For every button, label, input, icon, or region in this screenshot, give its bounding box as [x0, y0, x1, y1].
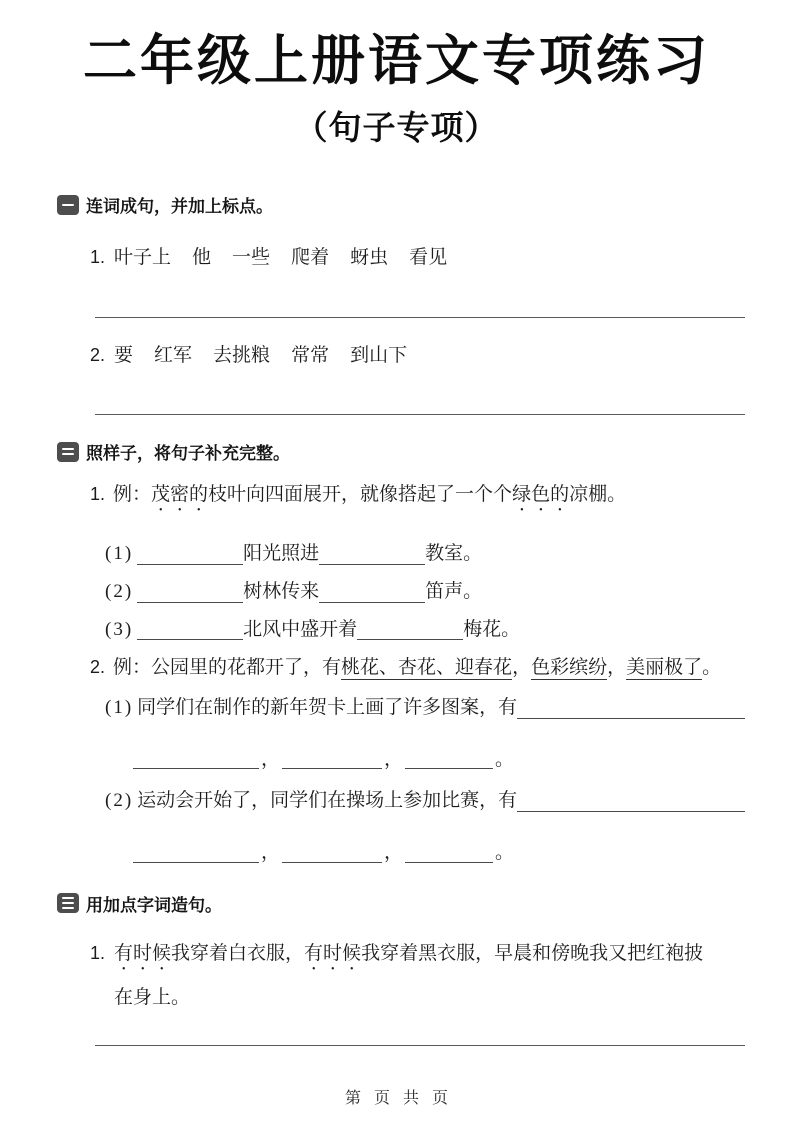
section3-number-icon: [57, 893, 79, 913]
fill-item-2-2-2: (2) 运动会开始了，同学们在操场上参加比赛，有: [105, 788, 745, 815]
question-number: 1.: [90, 246, 105, 269]
fill-text: 北风中盛开着: [243, 617, 357, 644]
underlined-phrase: 美丽极了: [626, 657, 702, 680]
word-token: 到山下: [350, 344, 407, 369]
example-sentence: 例：公园里的花都开了，有桃花、杏花、迎春花，色彩缤纷，美丽极了。: [113, 656, 721, 681]
page-footer: 第 页 共 页: [0, 1085, 793, 1108]
question-1-1: 1. 叶子上 他 一些 爬着 蚜虫 看见: [90, 246, 745, 271]
fill-blank: [405, 754, 493, 769]
fill-blank: [319, 588, 425, 603]
fill-text: 笛声。: [425, 579, 482, 606]
fill-item-2-2-1: (1) 同学们在制作的新年贺卡上画了许多图案，有: [105, 695, 745, 722]
word-token: 爬着: [291, 246, 329, 271]
fill-blank: [137, 588, 243, 603]
fill-text: 教室。: [425, 541, 482, 568]
fill-text: 梅花。: [463, 617, 520, 644]
word-token: 红军: [154, 344, 192, 369]
section1-heading-text: 连词成句，并加上标点。: [86, 192, 273, 217]
punctuation: 。: [702, 657, 721, 678]
fill-blank: [133, 754, 259, 769]
dotted-phrase: 有时候: [114, 943, 171, 964]
dotted-phrase: 茂密的: [151, 484, 208, 505]
word-token: 蚜虫: [350, 246, 388, 271]
punctuation: ，: [607, 657, 626, 678]
word-token: 要: [114, 344, 133, 369]
section3-heading: 用加点字词造句。: [57, 891, 745, 916]
fill-blank: [137, 550, 243, 565]
fill-blank: [405, 848, 493, 863]
fill-item-2-1-1: (1) 阳光照进 教室。: [105, 541, 745, 568]
word-token: 叶子上: [114, 246, 171, 271]
fill-text: 树林传来: [243, 579, 319, 606]
question-number: 2.: [90, 656, 105, 679]
fill-item-2-1-3: (3) 北风中盛开着 梅花。: [105, 617, 745, 644]
question-text: 我穿着白衣服，: [171, 943, 304, 964]
fill-blank: [319, 550, 425, 565]
sub-number: (1): [105, 541, 133, 568]
question-3-1: 1. 有时候我穿着白衣服，有时候我穿着黑衣服，早晨和傍晚我又把红袍披在身上。: [90, 932, 745, 1021]
sub-number: (2): [105, 788, 133, 815]
fill-blank: [282, 754, 382, 769]
word-token: 常常: [291, 344, 329, 369]
worksheet-page: 二年级上册语文专项练习 （句子专项） 连词成句，并加上标点。 1. 叶子上 他 …: [0, 0, 793, 1122]
punctuation: ，: [384, 748, 403, 773]
example-text: 枝叶向四面展开，就像搭起了一个个: [208, 484, 512, 505]
worksheet-content: 连词成句，并加上标点。 1. 叶子上 他 一些 爬着 蚜虫 看见 2. 要 红军…: [0, 192, 793, 1046]
punctuation: ，: [512, 657, 531, 678]
fill-blank: [137, 625, 243, 640]
example-text: 公园里的花都开了，有: [151, 657, 341, 678]
sub-number: (2): [105, 579, 133, 606]
word-token: 一些: [232, 246, 270, 271]
punctuation: ，: [261, 841, 280, 866]
word-token: 他: [192, 246, 211, 271]
section3-heading-text: 用加点字词造句。: [86, 891, 222, 916]
sub-number: (1): [105, 695, 133, 722]
fill-blank: [282, 848, 382, 863]
answer-line: [95, 414, 745, 415]
fill-text: 阳光照进: [243, 541, 319, 568]
question-2-1-example: 1. 例：茂密的枝叶向四面展开，就像搭起了一个个绿色的凉棚。: [90, 483, 745, 516]
continuation-blanks: ， ， 。: [133, 748, 745, 773]
punctuation: 。: [495, 748, 514, 773]
question-sentence: 有时候我穿着白衣服，有时候我穿着黑衣服，早晨和傍晚我又把红袍披在身上。: [114, 932, 718, 1021]
example-label: 例：: [113, 657, 151, 678]
continuation-blanks: ， ， 。: [133, 841, 745, 866]
question-2-2-example: 2. 例：公园里的花都开了，有桃花、杏花、迎春花，色彩缤纷，美丽极了。: [90, 656, 745, 681]
example-text: 凉棚。: [569, 484, 626, 505]
section1-number-icon: [57, 195, 79, 215]
fill-blank: [357, 625, 463, 640]
punctuation: 。: [495, 841, 514, 866]
underlined-phrase: 色彩缤纷: [531, 657, 607, 680]
fill-blank: [133, 848, 259, 863]
example-sentence: 例：茂密的枝叶向四面展开，就像搭起了一个个绿色的凉棚。: [113, 483, 626, 516]
answer-line: [95, 1045, 745, 1046]
punctuation: ，: [261, 748, 280, 773]
fill-blank: [517, 704, 745, 719]
section2-heading-text: 照样子，将句子补充完整。: [86, 439, 290, 464]
page-title: 二年级上册语文专项练习: [0, 0, 793, 92]
page-subtitle: （句子专项）: [0, 102, 793, 149]
example-label: 例：: [113, 484, 151, 505]
fill-item-2-1-2: (2) 树林传来 笛声。: [105, 579, 745, 606]
dotted-phrase: 绿色的: [512, 484, 569, 505]
word-token: 看见: [409, 246, 447, 271]
fill-text: 同学们在制作的新年贺卡上画了许多图案，有: [137, 695, 517, 722]
section2-heading: 照样子，将句子补充完整。: [57, 439, 745, 464]
question-1-2: 2. 要 红军 去挑粮 常常 到山下: [90, 344, 745, 369]
sub-number: (3): [105, 617, 133, 644]
section2-number-icon: [57, 442, 79, 462]
answer-line: [95, 317, 745, 318]
dotted-phrase: 有时候: [304, 943, 361, 964]
fill-text: 运动会开始了，同学们在操场上参加比赛，有: [137, 788, 517, 815]
punctuation: ，: [384, 841, 403, 866]
question-number: 1.: [90, 942, 105, 965]
word-token: 去挑粮: [213, 344, 270, 369]
section1-heading: 连词成句，并加上标点。: [57, 192, 745, 217]
question-number: 1.: [90, 483, 105, 506]
fill-blank: [517, 797, 745, 812]
underlined-phrase: 桃花、杏花、迎春花: [341, 657, 512, 680]
question-number: 2.: [90, 344, 105, 367]
